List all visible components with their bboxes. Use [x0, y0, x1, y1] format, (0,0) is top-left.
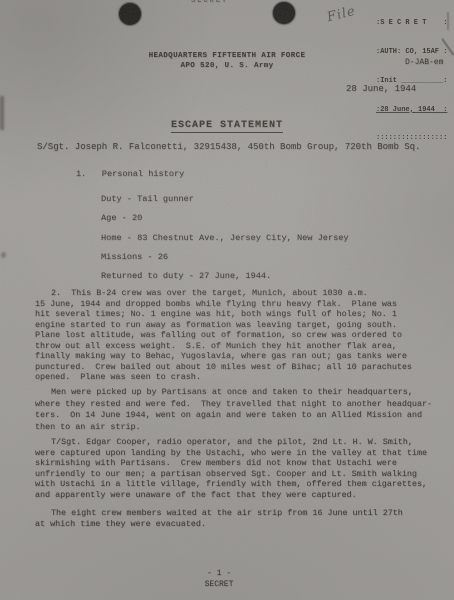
headquarters-line1: HEADQUARTERS FIFTEENTH AIR FORCE — [0, 52, 454, 60]
personal-history-heading: 1. Personal history — [76, 169, 184, 179]
body-paragraph-mission-account: 2. This B-24 crew was over the target, M… — [35, 288, 412, 383]
personal-history-item-missions: Missions - 26 — [101, 248, 349, 267]
personal-history-list: Duty - Tail gunner Age - 20 Home - 83 Ch… — [101, 190, 349, 286]
headquarters-line2: APO 520, U. S. Army — [0, 62, 454, 70]
body-paragraph-evacuation: The eight crew members waited at the air… — [35, 508, 403, 529]
scan-speck-left-edge — [1, 252, 6, 258]
document-title-text: ESCAPE STATEMENT — [171, 120, 283, 133]
personal-history-item-returned: Returned to duty - 27 June, 1944. — [101, 267, 349, 286]
page-footer: - 1 - SECRET — [0, 569, 438, 590]
hole-punch-right — [273, 2, 295, 24]
scanned-document-page: SECRET File :S E C R E T : :AUTH: CO, 15… — [0, 0, 454, 600]
stamp-row-classification: :S E C R E T : — [376, 19, 447, 29]
document-title: ESCAPE STATEMENT — [0, 120, 454, 131]
personal-history-item-age: Age - 20 — [101, 209, 349, 228]
body-paragraph-ustachi-capture: T/Sgt. Edgar Cooper, radio operator, and… — [35, 437, 427, 501]
hole-punch-left — [119, 3, 141, 25]
personal-history-item-duty: Duty - Tail gunner — [101, 190, 349, 209]
document-date: 28 June, 1944 — [346, 84, 416, 94]
subject-line: S/Sgt. Joseph R. Falconetti, 32915438, 4… — [37, 142, 420, 152]
stamp-row-date: :28 June, 1944 : — [376, 106, 447, 116]
personal-history-item-home: Home - 83 Chestnut Ave., Jersey City, Ne… — [101, 229, 349, 248]
page-number: - 1 - — [0, 569, 438, 580]
handwritten-file-note: File — [326, 4, 358, 26]
secret-auth-stamp: :S E C R E T : :AUTH: CO, 15AF : :Init _… — [376, 0, 447, 163]
body-paragraph-partisan-rescue: Men were picked up by Partisans at once … — [35, 387, 432, 433]
classification-stamp-top: SECRET — [191, 0, 228, 5]
classification-stamp-bottom: SECRET — [0, 580, 438, 591]
